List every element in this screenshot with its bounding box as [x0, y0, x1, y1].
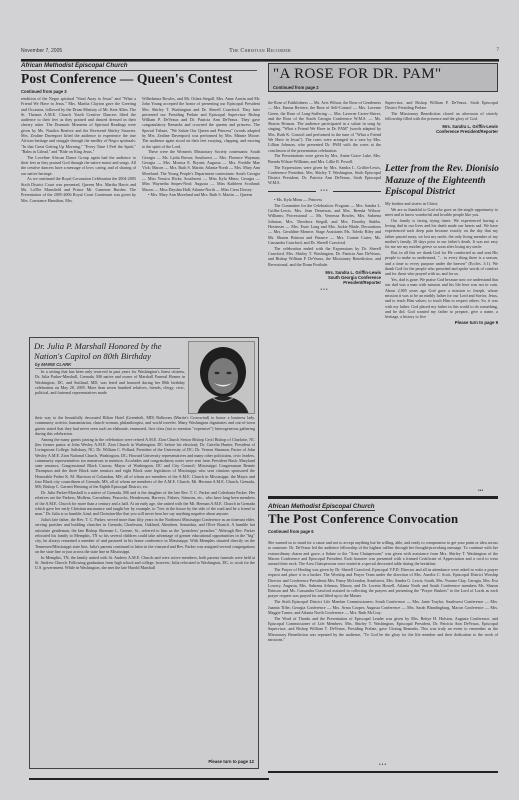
- signature-title: Conference President/Reporter: [385, 129, 498, 134]
- bottom-rule: [29, 778, 269, 780]
- letter-column: My brother and sisters in Christ: We are…: [385, 201, 498, 325]
- continued-note: Continued from page 6: [268, 529, 314, 534]
- paragraph: the Rose of Faithfulness — Ms. Avis Wils…: [268, 100, 381, 153]
- article-headline: Post Conference — Queen's Contest: [21, 71, 261, 87]
- article-column: the Rose of Faithfulness — Ms. Avis Wils…: [268, 100, 381, 293]
- paragraph: But, in all this we thank God for He com…: [385, 250, 498, 276]
- salutation: My brother and sisters in Christ:: [385, 201, 498, 206]
- signature: Mrs. Sandra L. Griffin-Lewis Conference …: [385, 124, 498, 134]
- turn-to-page-link[interactable]: Please turn to page 9: [385, 320, 498, 325]
- paragraph: We are so thankful to God who gave us th…: [385, 207, 498, 218]
- publication-title: The Christian Recorder: [21, 48, 499, 54]
- section-rule: [268, 771, 498, 773]
- continued-note: Continued from page 3: [21, 89, 67, 94]
- signature-role: President/Reporter: [268, 280, 381, 285]
- paragraph: In Memphis, TN, the family united with S…: [35, 555, 255, 571]
- paragraph: The Committee for the Celebration: Progr…: [268, 203, 381, 245]
- paragraph: The celebration ended with the Expressio…: [268, 246, 381, 267]
- paragraph: The Word of Thanks and the Presentation …: [268, 616, 498, 642]
- section-divider: •••: [268, 189, 381, 194]
- headline-box: "A ROSE FOR DR. PAM" Continued from page…: [268, 63, 498, 92]
- page-number: 7: [497, 48, 500, 53]
- paragraph: In a setting that has been only reserved…: [35, 369, 185, 395]
- signature: Mrs. Sandra L. Griffin-Lewis South Georg…: [268, 270, 381, 285]
- divider-dots: •••: [316, 189, 332, 194]
- paragraph: As we continued the Royal Coronation Cel…: [21, 176, 136, 202]
- divider-dots: •••: [478, 489, 483, 494]
- paragraph: Dr. Julia Parker-Marshall is a native of…: [35, 490, 255, 516]
- paragraph: The Missionary Benediction closed an aft…: [385, 111, 498, 122]
- paragraph: Julia's late father, the Rev. T. C. Park…: [35, 517, 255, 554]
- caption-queens: • Mrs. Mary Ann Moreland and Mrs. Ruth S…: [142, 192, 260, 197]
- paragraph: The Loveline African Dance Group again h…: [21, 155, 136, 176]
- paragraph: She warned us to stand for a cause and n…: [268, 540, 498, 566]
- feature-body: their way to the beautifully decorated H…: [35, 415, 255, 571]
- paragraph: These were the Women's Missionary Societ…: [142, 149, 260, 191]
- paragraph: Among the many guests joining in the cel…: [35, 437, 255, 490]
- portrait-image-icon: [189, 342, 255, 414]
- paragraph: The Sixth Episcopal District Life Member…: [268, 599, 498, 615]
- article-headline: The Post Conference Convocation: [268, 512, 508, 527]
- turn-to-page-link[interactable]: Please turn to page 12: [208, 759, 254, 764]
- paragraph: Yes, dad is gone. We praise God because …: [385, 277, 498, 319]
- paragraph: rendition of the Negro spiritual "Steal …: [21, 96, 136, 154]
- article-column: rendition of the Negro spiritual "Steal …: [21, 96, 136, 203]
- article-column: Supervisor, and Bishop William P. DeVeau…: [385, 100, 498, 134]
- section-label: African Methodist Episcopal Church: [268, 503, 375, 511]
- paragraph: Supervisor, and Bishop William P. DeVeau…: [385, 100, 498, 111]
- portrait-photo: [188, 341, 255, 414]
- feature-intro: In a setting that has been only reserved…: [35, 369, 185, 396]
- paragraph: Wilhelmina Bowles, and Mr. Oshea Stegall…: [142, 96, 260, 149]
- section-rule: [268, 496, 498, 499]
- end-dots: •••: [268, 763, 498, 768]
- paragraph: The Expressions were given by Mrs. Sandr…: [268, 165, 381, 186]
- newspaper-page: November 7, 2005 The Christian Recorder …: [0, 0, 519, 800]
- paragraph: The Presentations were given by Mrs. Ann…: [268, 153, 381, 164]
- article-body: She warned us to stand for a cause and n…: [268, 540, 498, 643]
- continued-note: Continued from page 2: [273, 85, 319, 90]
- byline: by MARIE CLARK: [35, 362, 180, 369]
- paragraph: Our family is facing trying times. We ex…: [385, 218, 498, 250]
- article-headline: "A ROSE FOR DR. PAM": [273, 66, 442, 83]
- paragraph: The Prayer of Healing was given by Dr. S…: [268, 567, 498, 599]
- section-label: African Methodist Episcopal Church: [21, 62, 257, 71]
- paragraph: their way to the beautifully decorated H…: [35, 415, 255, 436]
- caption-princess: • Ms. Kyla Mims — Princess: [268, 197, 381, 202]
- masthead: November 7, 2005 The Christian Recorder …: [21, 47, 499, 59]
- article-column: Wilhelmina Bowles, and Mr. Oshea Stegall…: [142, 96, 260, 198]
- end-dots: •••: [268, 288, 381, 293]
- feature-box: Dr. Julia P. Marshall Honored by the Nat…: [29, 337, 259, 769]
- feature-headline: Dr. Julia P. Marshall Honored by the Nat…: [34, 341, 184, 361]
- letter-headline: Letter from the Rev. Dionisio Mazuze of …: [385, 164, 517, 199]
